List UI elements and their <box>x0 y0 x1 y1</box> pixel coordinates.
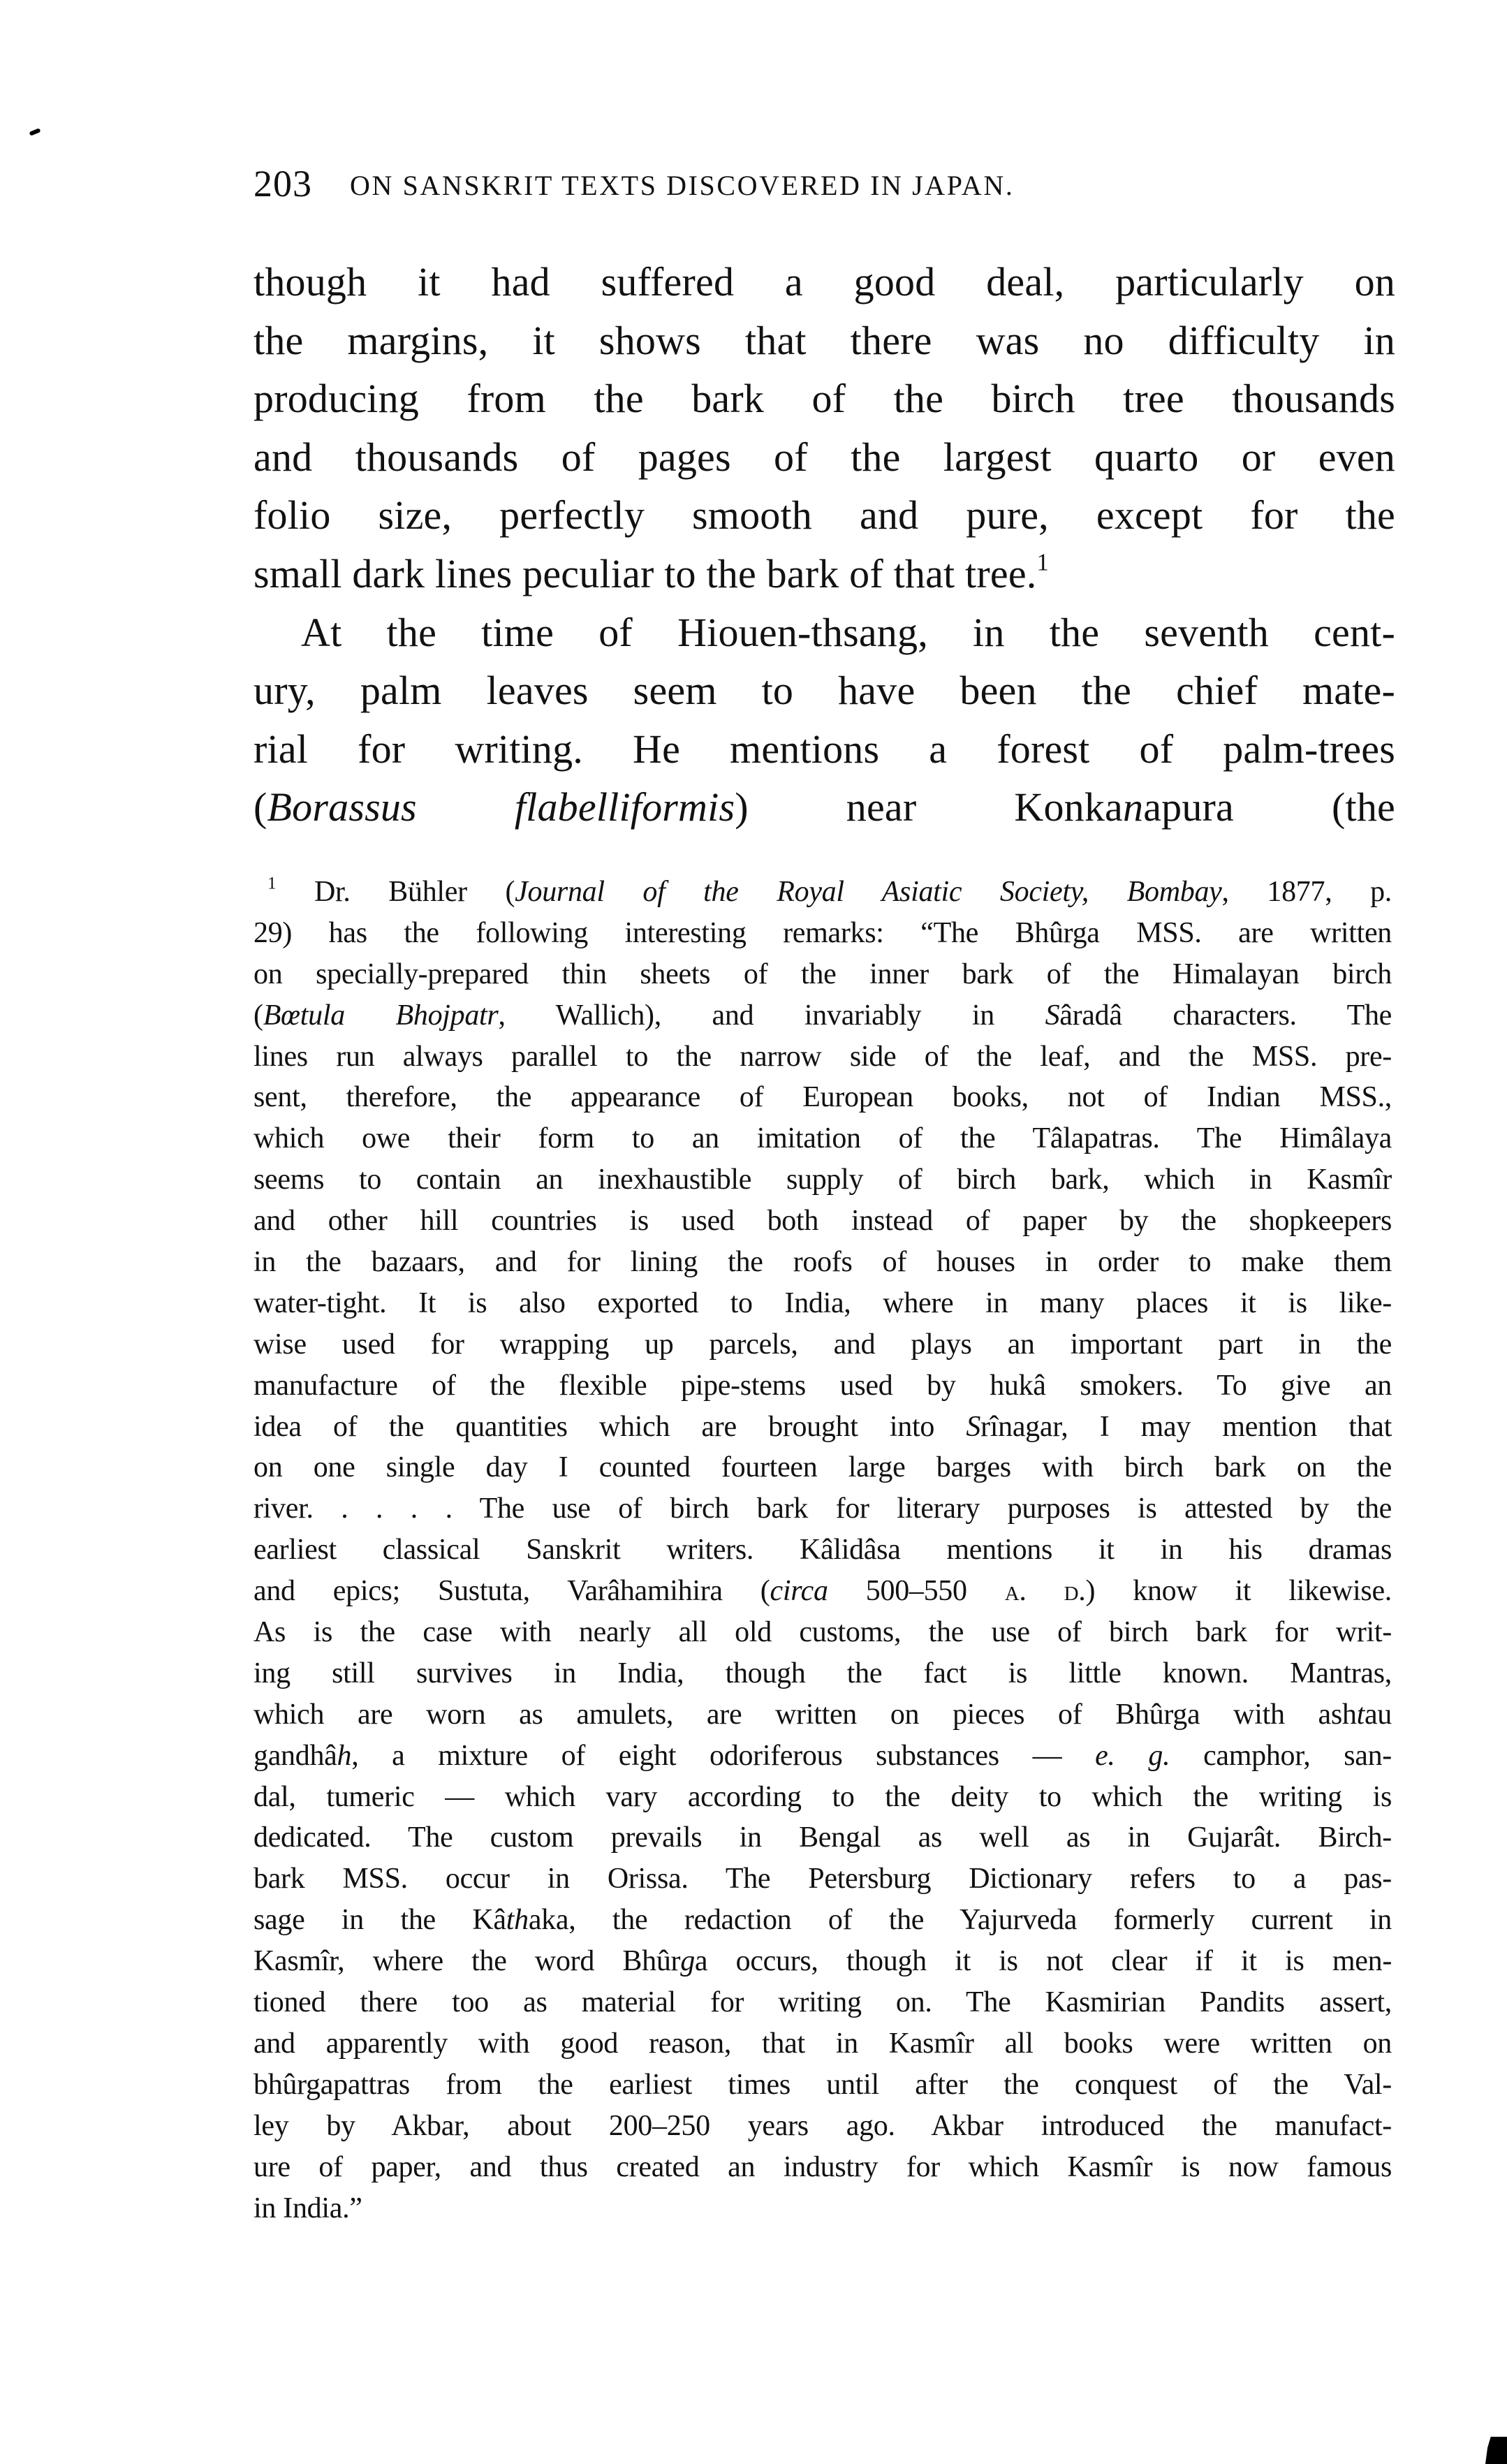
footnote-line: 1 Dr. Bühler (Journal of the Royal Asiat… <box>253 872 1392 913</box>
text-run: At the time of Hiouen-thsang, in the sev… <box>301 610 1395 655</box>
text-run: earliest classical Sanskrit writers. Kâl… <box>253 1534 1392 1566</box>
text-run: in India.” <box>253 2192 362 2224</box>
running-head-title: ON SANSKRIT TEXTS DISCOVERED IN JAPAN. <box>350 169 1015 202</box>
italic-text: t <box>1357 1699 1365 1731</box>
footnote-line: on specially-prepared thin sheets of the… <box>253 954 1392 995</box>
italic-text: circa <box>770 1575 828 1607</box>
text-run: tioned there too as material for writing… <box>253 1986 1392 2018</box>
italic-text: Bœtula Bhojpatr <box>263 999 499 1032</box>
text-run: which owe their form to an imitation of … <box>253 1122 1392 1154</box>
text-run: seems to contain an inexhaustible supply… <box>253 1164 1392 1196</box>
text-run: ) near Konka <box>735 784 1123 830</box>
text-run: a occurs, though it is not clear if it i… <box>695 1945 1392 1977</box>
text-run: rial for writing. He mentions a forest o… <box>253 726 1395 772</box>
footnote-line: wise used for wrapping up parcels, and p… <box>253 1324 1392 1365</box>
footnote-line: Kasmîr, where the word Bhûrga occurs, th… <box>253 1941 1392 1982</box>
italic-text: Borassus flabelliformis <box>267 784 735 830</box>
footnote-line: lines run always parallel to the narrow … <box>253 1036 1392 1078</box>
text-run: on one single day I counted fourteen lar… <box>253 1451 1392 1483</box>
footnote-line: in the bazaars, and for lining the roofs… <box>253 1242 1392 1283</box>
footnote-line: dal, tumeric — which vary according to t… <box>253 1777 1392 1818</box>
text-run: , 1877, p. <box>1222 876 1392 908</box>
text-run: bhûrgapattras from the earliest times un… <box>253 2069 1392 2101</box>
footnote-line: in India.” <box>253 2188 1392 2229</box>
text-run: ley by Akbar, about 200–250 years ago. A… <box>253 2110 1392 2142</box>
text-run: producing from the bark of the birch tre… <box>253 376 1395 421</box>
italic-text: n <box>1123 784 1143 830</box>
body-line: small dark lines peculiar to the bark of… <box>253 545 1395 603</box>
body-line: producing from the bark of the birch tre… <box>253 369 1395 428</box>
text-run: gandhâ <box>253 1740 337 1772</box>
text-run: âradâ characters. The <box>1059 999 1392 1032</box>
body-line: folio size, perfectly smooth and pure, e… <box>253 486 1395 545</box>
text-run: and thousands of pages of the largest qu… <box>253 434 1395 480</box>
text-run: camphor, san- <box>1170 1740 1392 1772</box>
text-run: ure of paper, and thus created an indust… <box>253 2151 1392 2183</box>
italic-text: h <box>337 1740 351 1772</box>
footnote-line: river. . . . . The use of birch bark for… <box>253 1488 1392 1530</box>
running-head: 203 ON SANSKRIT TEXTS DISCOVERED IN JAPA… <box>253 162 1399 211</box>
body-line: (Borassus flabelliformis) near Konkanapu… <box>253 778 1395 837</box>
text-run: aka, the redaction of the Yajurveda form… <box>529 1904 1392 1936</box>
italic-text: S <box>966 1411 980 1443</box>
text-run: ) know it likewise. <box>1086 1575 1392 1607</box>
body-text: though it had suffered a good deal, part… <box>253 253 1395 837</box>
text-run: apura (the <box>1143 784 1395 830</box>
footnote-line: which are worn as amulets, are written o… <box>253 1694 1392 1736</box>
footnote-line: seems to contain an inexhaustible supply… <box>253 1159 1392 1201</box>
footnote-line: sage in the Kâthaka, the redaction of th… <box>253 1900 1392 1941</box>
text-run: au <box>1365 1699 1392 1731</box>
footnote-line: manufacture of the flexible pipe-stems u… <box>253 1365 1392 1407</box>
text-run: and other hill countries is used both in… <box>253 1205 1392 1237</box>
footnote-line: gandhâh, a mixture of eight odoriferous … <box>253 1736 1392 1777</box>
footnote-line: water-tight. It is also exported to Indi… <box>253 1283 1392 1324</box>
text-run: which are worn as amulets, are written o… <box>253 1699 1357 1731</box>
text-run: dedicated. The custom prevails in Bengal… <box>253 1821 1392 1854</box>
text-run: Kasmîr, where the word Bhûr <box>253 1945 680 1977</box>
footnote-line: bark MSS. occur in Orissa. The Petersbur… <box>253 1858 1392 1900</box>
text-run: idea of the quantities which are brought… <box>253 1411 966 1443</box>
text-run: though it had suffered a good deal, part… <box>253 259 1395 305</box>
text-run: manufacture of the flexible pipe-stems u… <box>253 1370 1392 1402</box>
footnote-line: and other hill countries is used both in… <box>253 1201 1392 1242</box>
footnote-block: 1 Dr. Bühler (Journal of the Royal Asiat… <box>253 872 1392 2229</box>
body-line: At the time of Hiouen-thsang, in the sev… <box>253 603 1395 662</box>
footnote-line: idea of the quantities which are brought… <box>253 1407 1392 1448</box>
footnote-line: and epics; Sustuta, Varâhamihira (circa … <box>253 1571 1392 1612</box>
italic-text: th <box>506 1904 529 1936</box>
footnote-line: and apparently with good reason, that in… <box>253 2023 1392 2065</box>
text-run: rînagar, I may mention that <box>980 1411 1392 1443</box>
italic-text: S <box>1045 999 1060 1032</box>
text-run: sage in the Kâ <box>253 1904 506 1936</box>
text-run: and apparently with good reason, that in… <box>253 2027 1392 2060</box>
footnote-line: dedicated. The custom prevails in Bengal… <box>253 1817 1392 1858</box>
body-line: though it had suffered a good deal, part… <box>253 253 1395 311</box>
footnote-line: (Bœtula Bhojpatr, Wallich), and invariab… <box>253 995 1392 1036</box>
text-run: , a mixture of eight odoriferous substan… <box>351 1740 1095 1772</box>
text-run: river. . . . . The use of birch bark for… <box>253 1493 1392 1525</box>
text-run: ing still survives in India, though the … <box>253 1657 1392 1689</box>
text-run: small dark lines peculiar to the bark of… <box>253 551 1036 596</box>
text-run: wise used for wrapping up parcels, and p… <box>253 1328 1392 1361</box>
italic-text: e. g. <box>1095 1740 1170 1772</box>
text-run: folio size, perfectly smooth and pure, e… <box>253 492 1395 538</box>
text-run: 29) has the following interesting remark… <box>253 917 1392 949</box>
italic-text: g <box>680 1945 695 1977</box>
footnote-marker: 1 <box>1036 549 1049 576</box>
text-run: bark MSS. occur in Orissa. The Petersbur… <box>253 1863 1392 1895</box>
text-run: ( <box>253 784 267 830</box>
text-run: 500–550 <box>828 1575 1005 1607</box>
text-run: Dr. Bühler ( <box>276 876 515 908</box>
scan-edge-mark <box>1485 2437 1507 2464</box>
book-page: 203 ON SANSKRIT TEXTS DISCOVERED IN JAPA… <box>0 0 1507 2464</box>
footnote-line: ing still survives in India, though the … <box>253 1653 1392 1694</box>
footnote-line: ley by Akbar, about 200–250 years ago. A… <box>253 2106 1392 2147</box>
text-run: the margins, it shows that there was no … <box>253 318 1395 363</box>
footnote-line: on one single day I counted fourteen lar… <box>253 1447 1392 1488</box>
text-run: ury, palm leaves seem to have been the c… <box>253 668 1395 713</box>
text-run: lines run always parallel to the narrow … <box>253 1041 1392 1073</box>
footnote-line: earliest classical Sanskrit writers. Kâl… <box>253 1530 1392 1571</box>
footnote-line: tioned there too as material for writing… <box>253 1982 1392 2023</box>
text-run: sent, therefore, the appearance of Europ… <box>253 1081 1392 1113</box>
body-line: ury, palm leaves seem to have been the c… <box>253 661 1395 720</box>
body-line: and thousands of pages of the largest qu… <box>253 428 1395 487</box>
footnote-line: bhûrgapattras from the earliest times un… <box>253 2065 1392 2106</box>
footnote-line: sent, therefore, the appearance of Europ… <box>253 1077 1392 1118</box>
text-run: dal, tumeric — which vary according to t… <box>253 1781 1392 1813</box>
text-run: water-tight. It is also exported to Indi… <box>253 1287 1392 1319</box>
page-number: 203 <box>253 162 312 205</box>
text-run: ( <box>253 999 263 1032</box>
text-run: on specially-prepared thin sheets of the… <box>253 958 1392 990</box>
scan-speck-mark <box>29 128 41 136</box>
text-run: in the bazaars, and for lining the roofs… <box>253 1246 1392 1278</box>
footnote-line: which owe their form to an imitation of … <box>253 1118 1392 1159</box>
small-caps-text: a. d. <box>1005 1575 1086 1607</box>
text-run: As is the case with nearly all old custo… <box>253 1616 1392 1648</box>
footnote-line: ure of paper, and thus created an indust… <box>253 2147 1392 2188</box>
footnote-marker: 1 <box>267 874 276 893</box>
text-run: and epics; Sustuta, Varâhamihira ( <box>253 1575 770 1607</box>
body-line: rial for writing. He mentions a forest o… <box>253 720 1395 779</box>
text-run: , Wallich), and invariably in <box>498 999 1045 1032</box>
body-line: the margins, it shows that there was no … <box>253 311 1395 370</box>
italic-text: Journal of the Royal Asiatic Society, Bo… <box>515 876 1221 908</box>
footnote-line: As is the case with nearly all old custo… <box>253 1612 1392 1653</box>
footnote-line: 29) has the following interesting remark… <box>253 913 1392 954</box>
